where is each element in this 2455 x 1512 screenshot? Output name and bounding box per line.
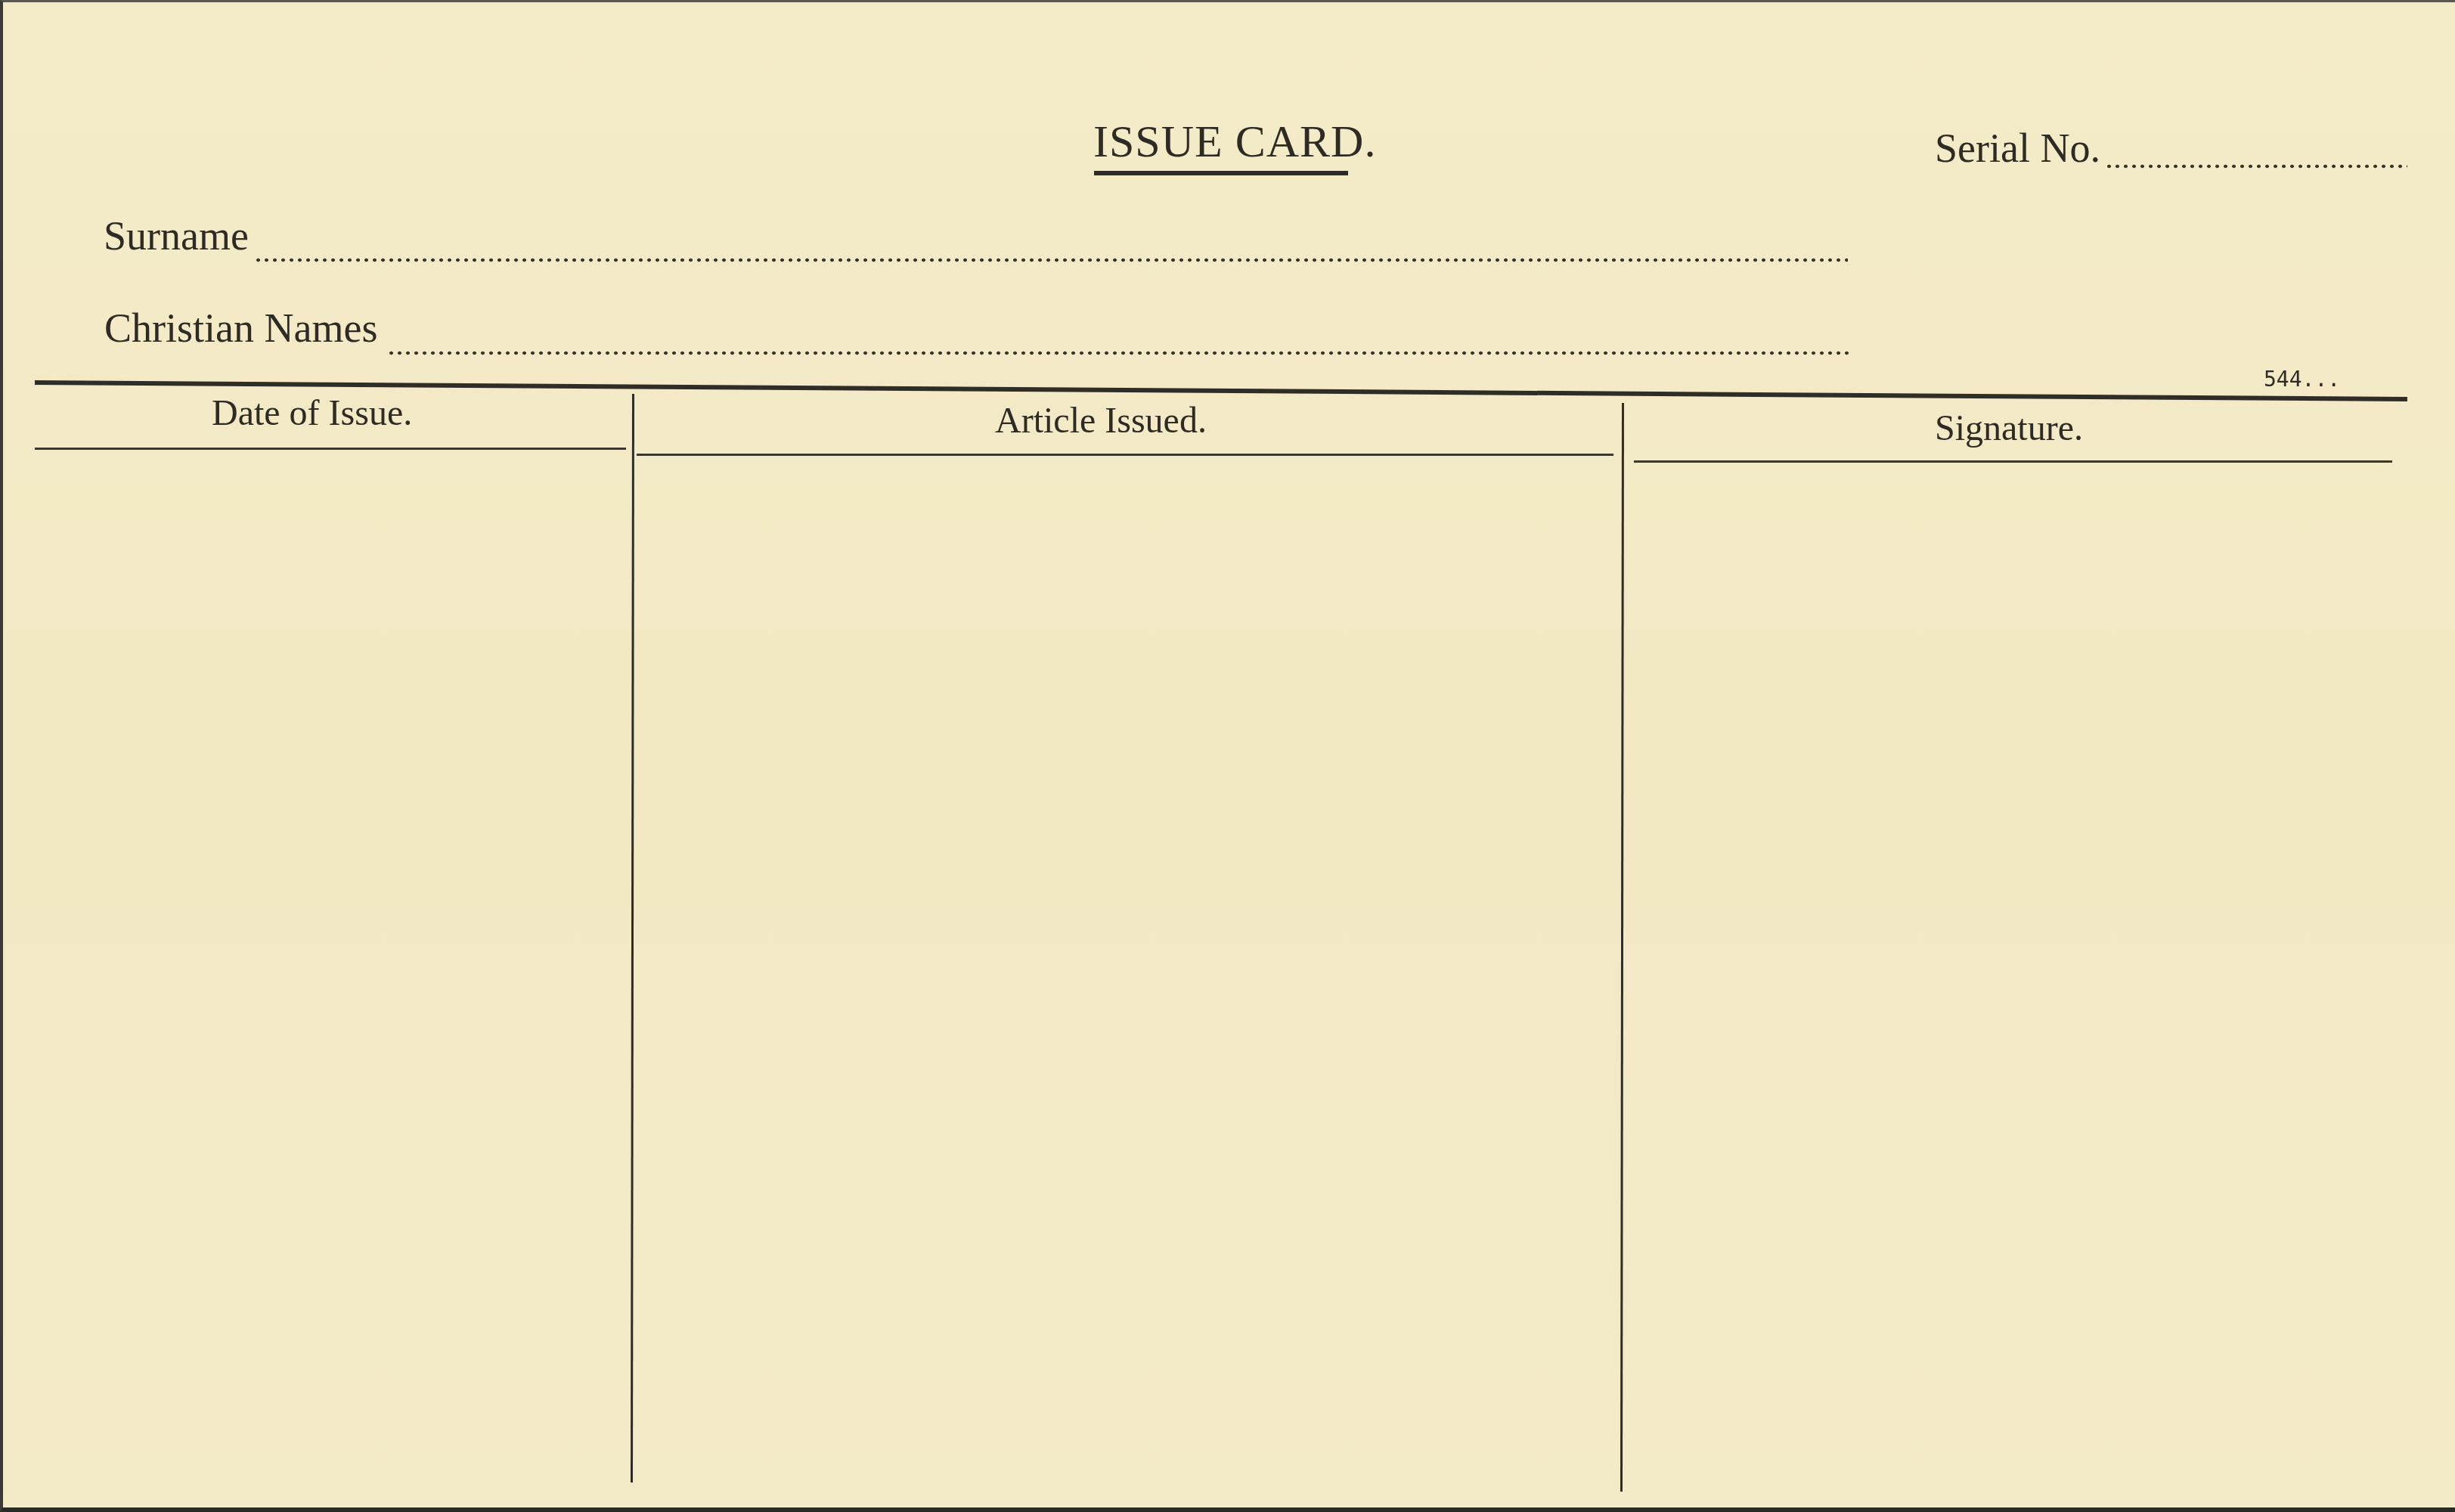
title-underline — [1094, 171, 1348, 175]
christian-names-label: Christian Names — [104, 305, 377, 352]
column-header-date-of-issue: Date of Issue. — [212, 392, 412, 434]
article-issued-column[interactable] — [637, 460, 1618, 1480]
form-number: 544... — [2264, 367, 2340, 392]
issue-card: ISSUE CARD. Serial No. Surname Christian… — [0, 0, 2455, 1512]
date-of-issue-column[interactable] — [35, 456, 629, 1476]
column-divider-2 — [1620, 403, 1624, 1492]
article-header-underline — [637, 454, 1613, 456]
card-title: ISSUE CARD. — [1093, 116, 1376, 168]
date-header-underline — [35, 448, 626, 450]
column-header-article-issued: Article Issued. — [995, 400, 1207, 442]
serial-number-label: Serial No. — [1935, 125, 2100, 172]
surname-field[interactable] — [254, 258, 1848, 262]
serial-number-field[interactable] — [2105, 164, 2407, 169]
christian-names-field[interactable] — [387, 351, 1849, 355]
signature-column[interactable] — [1626, 465, 2397, 1486]
signature-header-underline — [1634, 460, 2392, 463]
column-divider-1 — [631, 394, 634, 1483]
column-header-signature: Signature. — [1935, 407, 2083, 449]
surname-label: Surname — [104, 212, 249, 259]
